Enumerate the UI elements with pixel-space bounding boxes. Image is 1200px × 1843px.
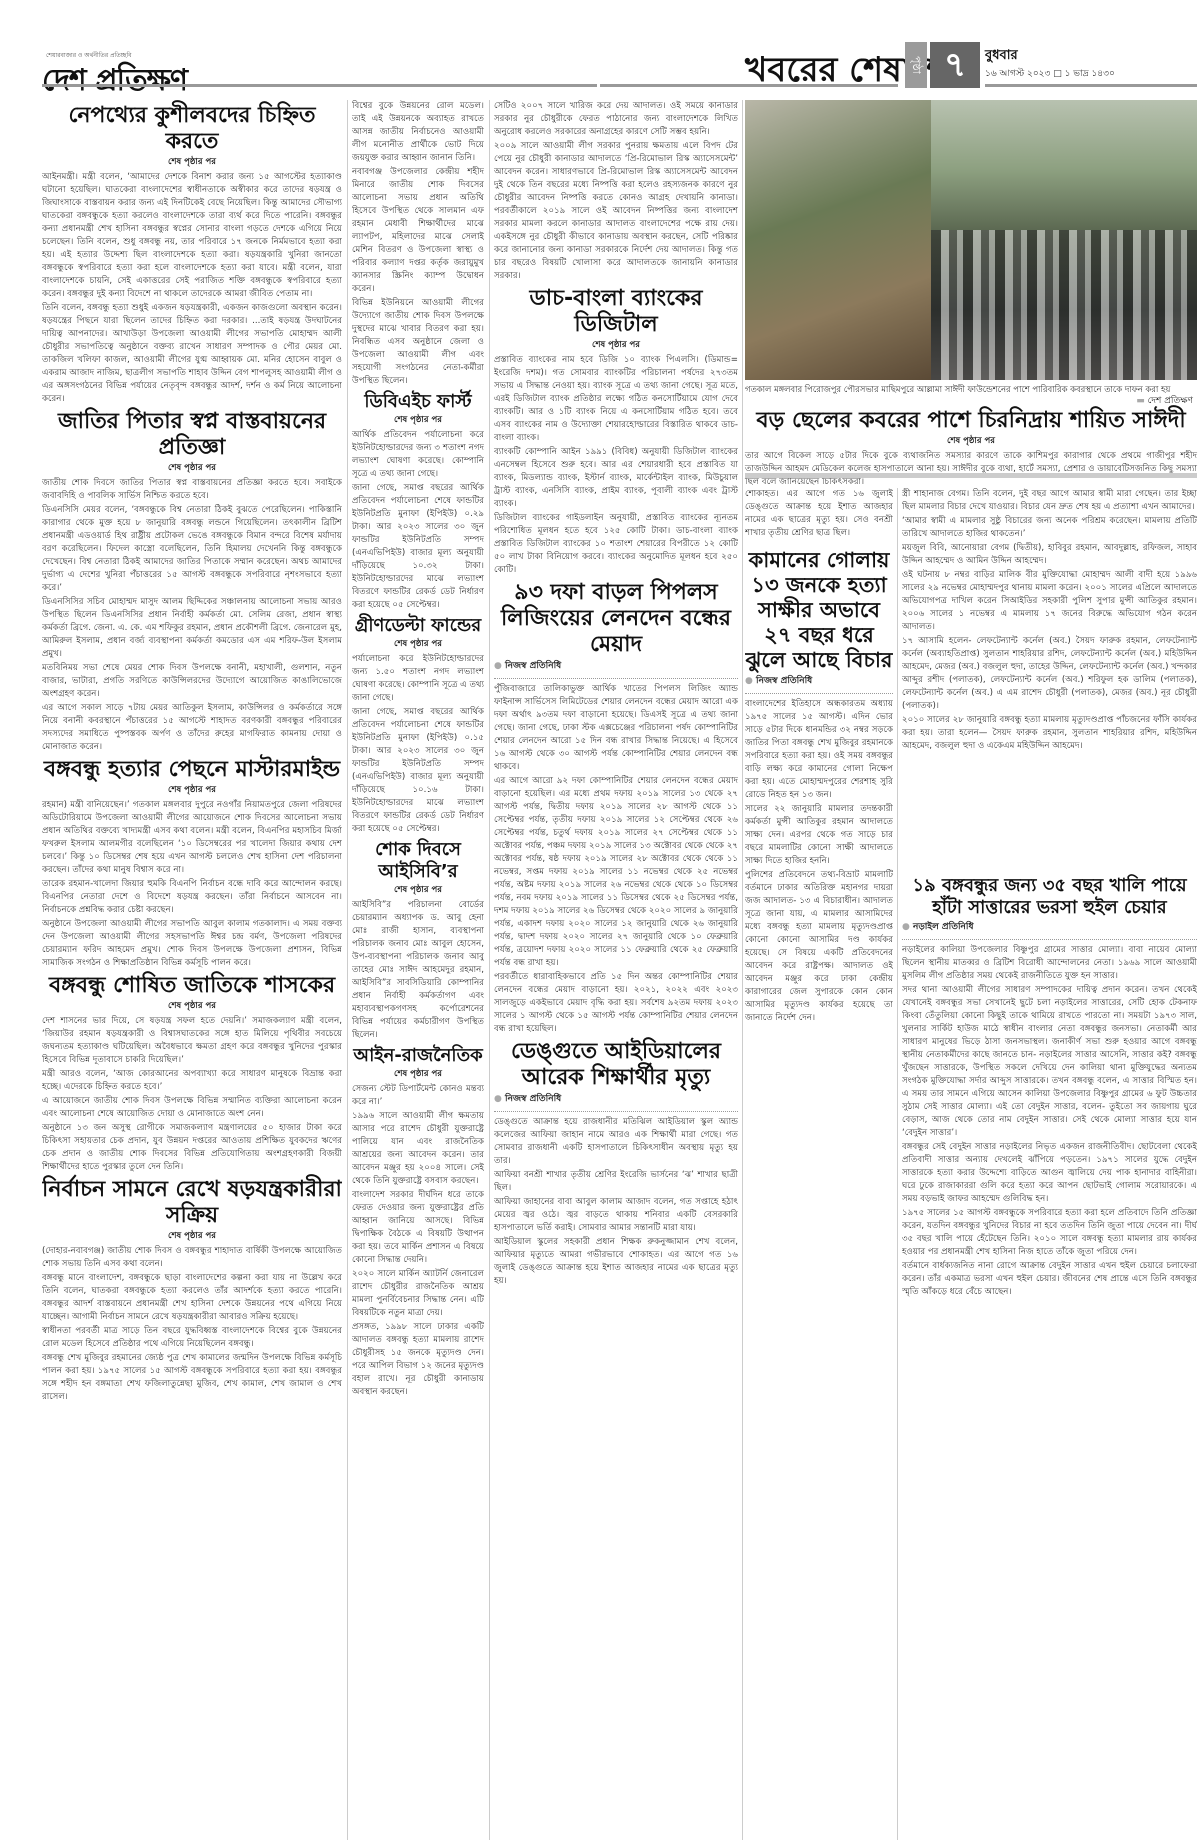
photo-caption: গতকাল মঙ্গলবার পিরোজপুর পৌরসভার মাছিমপুর…: [745, 383, 1197, 395]
column-divider: [742, 100, 743, 1840]
paragraph: ১৭ আসামি হলেন- লেফটেন্যান্ট কর্নেল (অব.)…: [902, 635, 1197, 713]
headline[interactable]: কামানের গোলায় ১৩ জনকে হত্যা সাক্ষীর অভা…: [745, 548, 893, 673]
continued-label: শেষ পৃষ্ঠার পর: [352, 884, 484, 897]
continued-label: শেষ পৃষ্ঠার পর: [42, 1000, 342, 1013]
paragraph: ‘আমার স্বামী এ মামলার সুষ্ঠু বিচারের জন্…: [902, 515, 1197, 541]
article-kaman-left: শোকাহত। এর আগে গত ১৬ জুলাই ডেঙ্গুতে আক্র…: [745, 488, 893, 1840]
paragraph: ডিএনসিসির সচিব মোহাম্মদ মাসুদ আলম ছিদ্দি…: [42, 596, 342, 661]
paragraph: অনুষ্ঠানে ১৩ জন অসুস্থ রোগীকে সমাজকল্যাণ…: [42, 1122, 342, 1174]
paragraph: সেটিও ২০০৭ সালে খারিজ করে দেয় আদালত। ওই…: [494, 100, 738, 139]
paragraph: আফিয়া বনশ্রী শাখার তৃতীয় শ্রেণির ইংরেজ…: [494, 1169, 738, 1195]
paragraph: এর আগে সকাল সাড়ে ৭টায় মেয়র আতিকুল ইসল…: [42, 702, 342, 754]
headline[interactable]: বঙ্গবন্ধু হত্যার পেছনে মাস্টারমাইন্ড: [42, 757, 342, 783]
paragraph: তার আগে বিকেল সাড়ে ৫টার দিকে বুকে ব্যথা…: [745, 450, 1197, 489]
date-day: বুধবার: [985, 46, 1018, 67]
column-3: সেটিও ২০০৭ সালে খারিজ করে দেয় আদালত। ওই…: [494, 100, 738, 1840]
paragraph: জাতীয় শোক দিবসে জাতির পিতার স্বপ্ন বাস্…: [42, 477, 342, 503]
article-dengue-ideal: ডেঙ্গুতে আইডিয়ালের আরেক শিক্ষার্থীর মৃত…: [494, 1039, 738, 1288]
paragraph: ওই ঘটনায় ৮ নম্বর বাড়ির মালিক বীর মুক্ত…: [902, 569, 1197, 634]
paragraph: প্রসঙ্গত, ১৯৯৮ সালে ঢাকার একটি আদালত বঙ্…: [352, 1321, 484, 1399]
paragraph: তারেক রহমান-খালেদা জিয়ার হুমকি বিএনপি ন…: [42, 878, 342, 917]
caption-text: গতকাল মঙ্গলবার পিরোজপুর পৌরসভার মাছিমপুর…: [745, 384, 1170, 394]
paragraph: তিনি বলেন, বঙ্গবন্ধু হত্যা শুধুই একজন ষড…: [42, 302, 342, 406]
headline[interactable]: ১৯ বঙ্গবন্ধুর জন্য ৩৫ বছর খালি পায়ে হাঁ…: [902, 875, 1197, 919]
photo-grave-panel: [745, 100, 931, 380]
headline[interactable]: শোক দিবসে আইসিবি’র: [352, 839, 484, 883]
continued-label: শেষ পৃষ্ঠার পর: [494, 339, 738, 352]
continued-label: শেষ পৃষ্ঠার পর: [42, 1230, 342, 1243]
column-1: নেপথ্যের কুশীলবদের চিহ্নিত করতে শেষ পৃষ্…: [42, 100, 342, 1840]
paragraph: রহমান) মন্ত্রী বানিয়েছেন।’ গতকাল মঙ্গলব…: [42, 799, 342, 877]
paragraph: মন্ত্রী আরও বলেন, ‘আজ কোরআনের অপব্যাখ্যা…: [42, 1068, 342, 1094]
paragraph: নবাবগঞ্জ উপজেলার কেন্দ্রীয় শহীদ মিনারে …: [352, 166, 484, 296]
paragraph: স্বাধীনতা পরবর্তী মাত্র সাড়ে তিন বছরে য…: [42, 1325, 342, 1351]
paragraph: এ আয়োজনে জাতীয় শোক দিবস উপলক্ষে বিভিন্…: [42, 1095, 342, 1121]
column-divider: [489, 100, 490, 1840]
paragraph: আইডিয়াল স্কুলের সহকারী প্রধান শিক্ষক রু…: [494, 1236, 738, 1288]
continued-label: শেষ পৃষ্ঠার পর: [352, 414, 484, 427]
paragraph: ডেঙ্গুতে আক্রান্ত হয়ে রাজধানীর মতিঝিল আ…: [494, 1116, 738, 1168]
article-dutch-bangla: ডাচ-বাংলা ব্যাংকের ডিজিটাল শেষ পৃষ্ঠার প…: [494, 286, 738, 577]
paragraph: বঙ্গবন্ধু মানে বাংলাদেশ, বঙ্গবন্ধুকে ছাড…: [42, 1272, 342, 1324]
paragraph: বাংলাদেশ সরকার দীর্ঘদিন ধরে তাকে ফেরত দে…: [352, 1189, 484, 1267]
byline: নিজস্ব প্রতিনিধি: [494, 660, 738, 679]
headline[interactable]: ডাচ-বাংলা ব্যাংকের ডিজিটাল: [494, 286, 738, 338]
paragraph: ২০২০ সালে মার্কিন অ্যাটর্নি জেনারেল রাশে…: [352, 1268, 484, 1320]
paragraph: সদর থানা আওয়ামী লীগের সাধারণ সম্পাদকের …: [902, 984, 1197, 1140]
page-number: ৭: [930, 42, 980, 88]
headline[interactable]: ৯৩ দফা বাড়ল পিপলস লিজিংয়ের লেনদেন বন্ধ…: [494, 580, 738, 658]
paragraph: ২০১০ সালের ২৮ জানুয়ারি বঙ্গবন্ধু হত্যা …: [902, 714, 1197, 753]
byline: নড়াইল প্রতিনিধি: [902, 921, 1197, 940]
paragraph: বঙ্গবন্ধুর সেই বেদুইন সাত্তার নড়াইলের ন…: [902, 1141, 1197, 1206]
date-full: ১৬ আগস্ট ২০২৩ □ ১ ভাদ্র ১৪৩০: [985, 66, 1115, 81]
article-kaman-right: স্ত্রী শাহানাজ বেগম। তিনি বলেন, দুই বছর …: [902, 488, 1197, 868]
paragraph: বঙ্গবন্ধু শেখ মুজিবুর রহমানের জ্যেষ্ঠ পু…: [42, 1352, 342, 1404]
masthead: শেয়ারবাজার ও অর্থনীতির প্রতিচ্ছবি দেশ প…: [42, 40, 1192, 90]
paragraph: অনুষ্ঠানে উপজেলা আওয়ামী লীগের সভাপতি আব…: [42, 918, 342, 970]
paragraph: পর্যালোচনা করে ইউনিটহোল্ডারদের জন্য ১.৫০…: [352, 653, 484, 705]
continued-label: শেষ পৃষ্ঠার পর: [352, 638, 484, 651]
paragraph: ব্যাংকটি কোম্পানি আইন ১৯৯১ (বিবিধ) অনুযা…: [494, 446, 738, 511]
section-divider-bar: [745, 473, 1197, 478]
paragraph: সালের ২২ জানুয়ারি মামলার তদন্তকারী কর্ম…: [745, 803, 893, 868]
continued-label: শেষ পৃষ্ঠার পর: [42, 784, 342, 797]
article-salman-continued: বিশ্বের বুকে উন্নয়নের রোল মডেল। তাই এই …: [352, 100, 484, 388]
photo-crowd: [931, 230, 1197, 380]
paragraph: এর আগে আরো ৯২ দফা কোম্পানিটির শেয়ার লেন…: [494, 775, 738, 970]
paragraph: আফিয়া জাহানের বাবা আবুল কালাম আজাদ বলেন…: [494, 1196, 738, 1235]
continued-label: শেষ পৃষ্ঠার পর: [745, 435, 1197, 448]
headline[interactable]: নির্বাচন সামনে রেখে ষড়যন্ত্রকারীরা সক্র…: [42, 1177, 342, 1229]
paragraph: ১৯৭৫ সালের ১৫ আগস্ট বঙ্গবন্ধুকে সপরিবারে…: [902, 1207, 1197, 1259]
paragraph: আইনমন্ত্রী। মন্ত্রী বলেন, ‘আমাদের দেশকে …: [42, 171, 342, 301]
paragraph: সেজন্য স্টেট ডিপার্টমেন্ট কোনও মন্তব্য ক…: [352, 1083, 484, 1109]
continued-label: শেষ পৃষ্ঠার পর: [42, 156, 342, 169]
article-ain-rajnoitik: আইন-রাজনৈতিক শেষ পৃষ্ঠার পর সেজন্য স্টেট…: [352, 1045, 484, 1399]
paragraph: পরবর্তীতে ধারাবাহিকভাবে প্রতি ১৫ দিন অন্…: [494, 971, 738, 1036]
continued-label: শেষ পৃষ্ঠার পর: [42, 462, 342, 475]
paragraph: আর্থিক প্রতিবেদন পর্যালোচনা করে ইউনিটহোল…: [352, 429, 484, 481]
article-icb: শোক দিবসে আইসিবি’র শেষ পৃষ্ঠার পর আইসিবি…: [352, 839, 484, 1042]
paragraph: পুঁজিবাজারে তালিকাভুক্ত আর্থিক খাতের পিপ…: [494, 683, 738, 774]
article-pratigga: জাতির পিতার স্বপ্ন বাস্তবায়নের প্রতিজ্ঞ…: [42, 409, 342, 754]
paragraph: বিশ্বের বুকে উন্নয়নের রোল মডেল। তাই এই …: [352, 100, 484, 165]
paragraph: প্রস্তাবিত ব্যাংকের নাম হবে ডিজি ১০ ব্যা…: [494, 354, 738, 445]
paragraph: দেশ শাসনের ভার দিয়ে, সে ষড়যন্ত্র সফল হ…: [42, 1015, 342, 1067]
paragraph: পুলিশের প্রতিবেদনে তথ্য-বিভ্রাট মামলাটি …: [745, 869, 893, 1025]
article-dbh-first: ডিবিএইচ ফার্স্ট শেষ পৃষ্ঠার পর আর্থিক প্…: [352, 391, 484, 612]
paragraph: মতবিনিময় সভা শেষে মেয়র শোক দিবস উপলক্ষ…: [42, 662, 342, 701]
date-rule: [985, 84, 1197, 87]
paragraph: জানা গেছে, সমাপ্ত বছরের আর্থিক প্রতিবেদন…: [352, 706, 484, 836]
headline[interactable]: গ্রীণডেল্টা ফান্ডের: [352, 615, 484, 637]
article-sattar: ১৯ বঙ্গবন্ধুর জন্য ৩৫ বছর খালি পায়ে হাঁ…: [902, 872, 1197, 1840]
paragraph: ডিজিটাল ব্যাংকের গাইডলাইন অনুযায়ী, প্রস…: [494, 512, 738, 577]
masthead-rule: [42, 84, 597, 87]
paragraph: ডিএনসিসি মেয়র বলেন, ‘বঙ্গবন্ধুকে বিশ্ব …: [42, 504, 342, 595]
paragraph: আইসিবি”র পরিচালনা বোর্ডের চেয়ারম্যান অধ…: [352, 899, 484, 1042]
byline: নিজস্ব প্রতিনিধি: [745, 675, 893, 694]
article-peoples-leasing: ৯৩ দফা বাড়ল পিপলস লিজিংয়ের লেনদেন বন্ধ…: [494, 580, 738, 1036]
article-nirbachon: নির্বাচন সামনে রেখে ষড়যন্ত্রকারীরা সক্র…: [42, 1177, 342, 1404]
paragraph: বর্তমানে বার্ধক্যজনিত নানা রোগে আক্রান্ত…: [902, 1260, 1197, 1299]
byline: নিজস্ব প্রতিনিধি: [494, 1093, 738, 1112]
headline[interactable]: বঙ্গবন্ধু শোষিত জাতিকে শাসকের: [42, 973, 342, 999]
paragraph: বিভিন্ন ইউনিয়নে আওয়ামী লীগের উদ্যোগে জ…: [352, 297, 484, 388]
paragraph: শোকাহত। এর আগে গত ১৬ জুলাই ডেঙ্গুতে আক্র…: [745, 488, 893, 540]
paragraph: নড়াইলের কালিয়া উপজেলার বিষ্ণুপুর গ্রাম…: [902, 944, 1197, 983]
column-divider: [897, 488, 898, 1840]
article-nur-chowdhury: সেটিও ২০০৭ সালে খারিজ করে দেয় আদালত। ওই…: [494, 100, 738, 283]
paragraph: ২০০৯ সালে আওয়ামী লীগ সরকার পুনরায় ক্ষম…: [494, 140, 738, 283]
headline[interactable]: ডেঙ্গুতে আইডিয়ালের আরেক শিক্ষার্থীর মৃত…: [494, 1039, 738, 1091]
headline[interactable]: বড় ছেলের কবরের পাশে চিরনিদ্রায় শায়িত …: [745, 408, 1197, 434]
article-shoshito-jati: বঙ্গবন্ধু শোষিত জাতিকে শাসকের শেষ পৃষ্ঠা…: [42, 973, 342, 1174]
paragraph: স্ত্রী শাহানাজ বেগম। তিনি বলেন, দুই বছর …: [902, 488, 1197, 514]
headline[interactable]: আইন-রাজনৈতিক: [352, 1045, 484, 1067]
column-divider: [347, 100, 348, 1840]
article-kushilob: নেপথ্যের কুশীলবদের চিহ্নিত করতে শেষ পৃষ্…: [42, 103, 342, 406]
paragraph: ১৯৯৬ সালে আওয়ামী লীগ ক্ষমতায় আসার পরে …: [352, 1110, 484, 1188]
headline[interactable]: জাতির পিতার স্বপ্ন বাস্তবায়নের প্রতিজ্ঞ…: [42, 409, 342, 461]
paragraph: বাংলাদেশের ইতিহাসে অন্ধকারতম অধ্যায় ১৯৭…: [745, 698, 893, 802]
news-photo[interactable]: [745, 100, 1197, 380]
paragraph: জানা গেছে, সমাপ্ত বছরের আর্থিক প্রতিবেদন…: [352, 482, 484, 612]
column-2: বিশ্বের বুকে উন্নয়নের রোল মডেল। তাই এই …: [352, 100, 484, 1840]
paragraph: (দোহার-নবাবগঞ্জ) জাতীয় শোক দিবস ও বঙ্গব…: [42, 1245, 342, 1271]
article-mastermind: বঙ্গবন্ধু হত্যার পেছনে মাস্টারমাইন্ড শেষ…: [42, 757, 342, 970]
headline[interactable]: ডিবিএইচ ফার্স্ট: [352, 391, 484, 413]
continued-label: শেষ পৃষ্ঠার পর: [352, 1068, 484, 1081]
paragraph: ময়জুল বিবি, আনোয়ারা বেগম (দ্বিতীয়), হ…: [902, 542, 1197, 568]
article-greendelta: গ্রীণডেল্টা ফান্ডের শেষ পৃষ্ঠার পর পর্যা…: [352, 615, 484, 836]
page-label: পৃষ্ঠা: [905, 42, 927, 88]
headline[interactable]: নেপথ্যের কুশীলবদের চিহ্নিত করতে: [42, 103, 342, 155]
